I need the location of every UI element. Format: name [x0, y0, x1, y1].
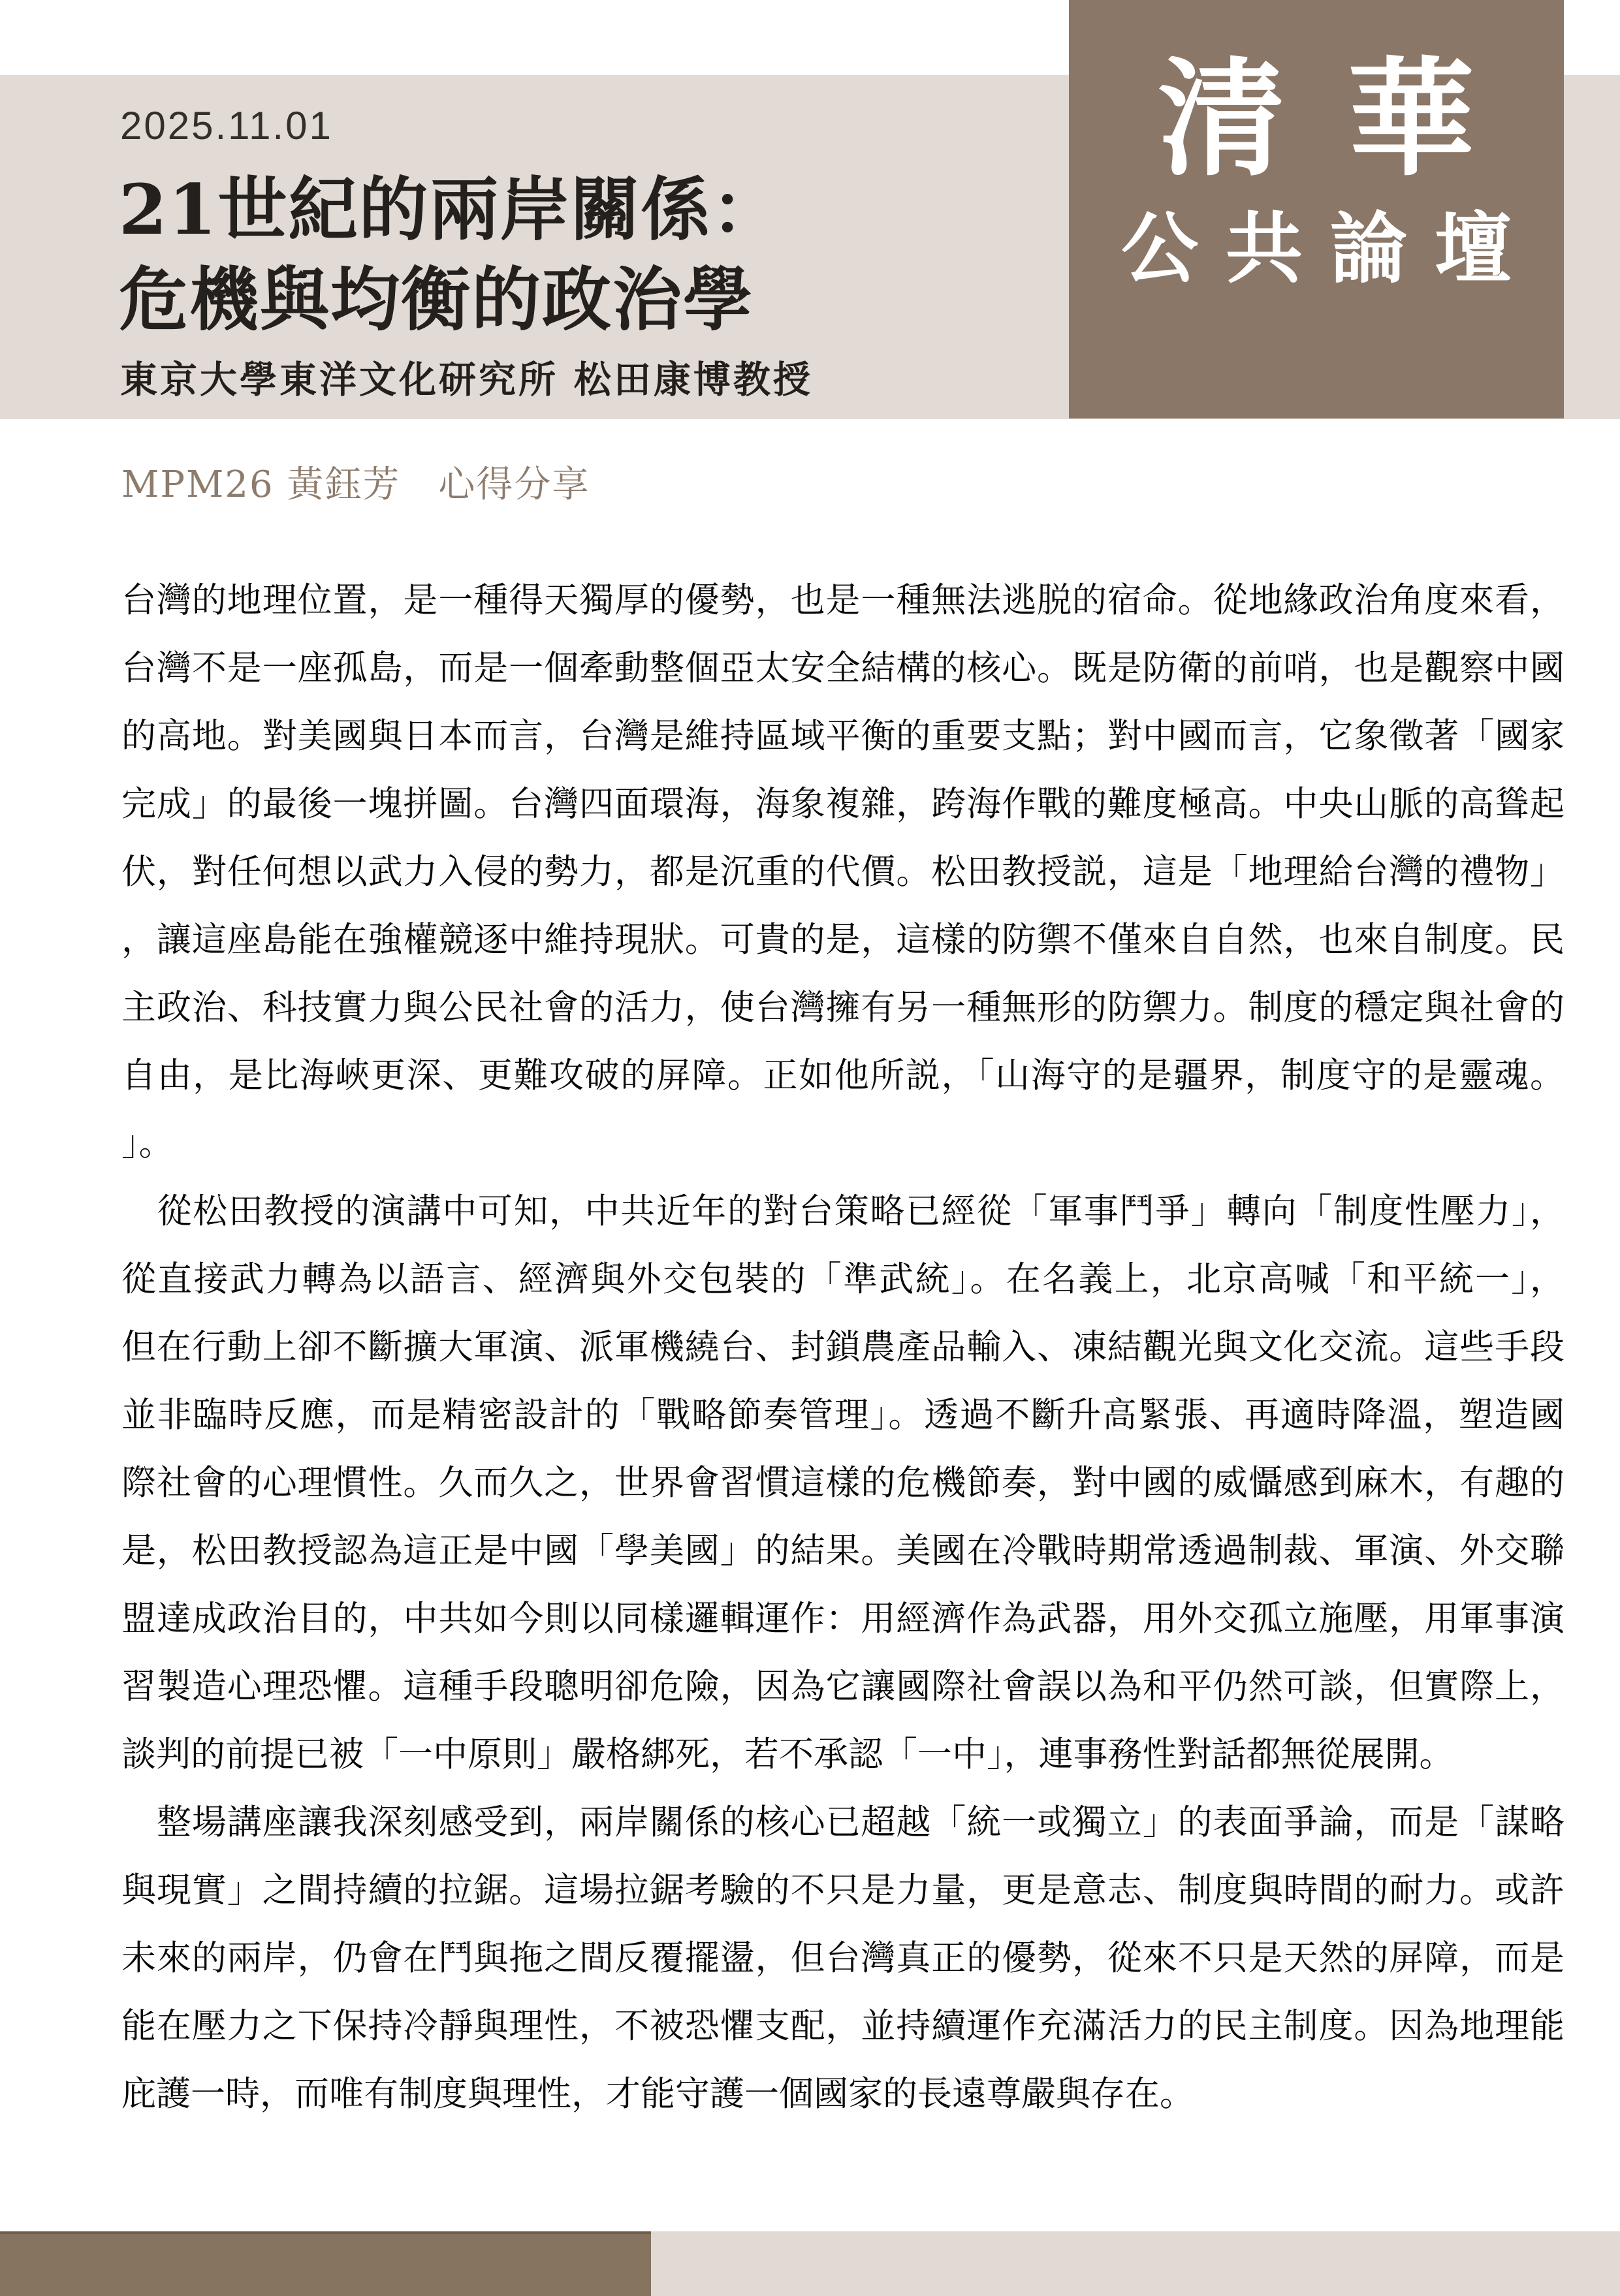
forum-logo-line1: 清華 [1069, 39, 1564, 198]
body-line: 從松田教授的演講中可知，中共近年的對台策略已經從「軍事鬥爭」轉向「制度性壓力」， [121, 1178, 1564, 1246]
body-line: 盟達成政治目的，中共如今則以同樣邏輯運作：用經濟作為武器，用外交孤立施壓，用軍事… [121, 1585, 1564, 1653]
date-text: 2025.11.01 [120, 103, 333, 148]
body-line: 能在壓力之下保持冷靜與理性，不被恐懼支配，並持續運作充滿活力的民主制度。因為地理… [121, 1992, 1564, 2060]
page-title: 21世紀的兩岸關係： 危機與均衡的政治學 [119, 165, 1046, 345]
body-line: 與現實」之間持續的拉鋸。這場拉鋸考驗的不只是力量，更是意志、制度與時間的耐力。或… [121, 1857, 1564, 1925]
body-paragraph: 從松田教授的演講中可知，中共近年的對台策略已經從「軍事鬥爭」轉向「制度性壓力」，… [121, 1178, 1564, 1789]
byline: MPM26 黃鈺芳 心得分享 [121, 456, 590, 508]
page-title-line1: 21世紀的兩岸關係： [119, 165, 1046, 255]
body-line: ，讓這座島能在強權競逐中維持現狀。可貴的是，這樣的防禦不僅來自自然，也來自制度。… [121, 906, 1564, 974]
forum-logo-box: 清華 公共論壇 [1069, 0, 1564, 418]
body-line: 台灣不是一座孤島，而是一個牽動整個亞太安全結構的核心。既是防衛的前哨，也是觀察中… [121, 635, 1564, 702]
body-paragraph: 整場講座讓我深刻感受到，兩岸關係的核心已超越「統一或獨立」的表面爭論，而是「謀略… [121, 1789, 1564, 2128]
body-line: 習製造心理恐懼。這種手段聰明卻危險，因為它讓國際社會誤以為和平仍然可談，但實際上… [121, 1653, 1564, 1721]
body-text: 台灣的地理位置，是一種得天獨厚的優勢，也是一種無法逃脱的宿命。從地緣政治角度來看… [121, 567, 1564, 2128]
footer-left-bar [0, 2231, 651, 2296]
body-line: 完成」的最後一塊拼圖。台灣四面環海，海象複雜，跨海作戰的難度極高。中央山脈的高聳… [121, 770, 1564, 838]
page-title-line2: 危機與均衡的政治學 [119, 255, 1046, 345]
speaker-subtitle: 東京大學東洋文化研究所 松田康博教授 [120, 350, 813, 403]
body-line: 際社會的心理慣性。久而久之，世界會習慣這樣的危機節奏，對中國的威懾感到麻木，有趣… [121, 1449, 1564, 1517]
body-line: 的高地。對美國與日本而言，台灣是維持區域平衡的重要支點；對中國而言，它象徵著「國… [121, 702, 1564, 770]
body-line: 整場講座讓我深刻感受到，兩岸關係的核心已超越「統一或獨立」的表面爭論，而是「謀略 [121, 1789, 1564, 1857]
forum-logo-line2: 公共論壇 [1069, 206, 1564, 291]
body-line: 是，松田教授認為這正是中國「學美國」的結果。美國在冷戰時期常透過制裁、軍演、外交… [121, 1517, 1564, 1585]
body-line: 庇護一時，而唯有制度與理性，才能守護一個國家的長遠尊嚴與存在。 [121, 2060, 1564, 2128]
body-line: 談判的前提已被「一中原則」嚴格綁死，若不承認「一中」，連事務性對話都無從展開。 [121, 1721, 1564, 1789]
body-line: 並非臨時反應，而是精密設計的「戰略節奏管理」。透過不斷升高緊張、再適時降溫，塑造… [121, 1381, 1564, 1449]
body-line: 從直接武力轉為以語言、經濟與外交包裝的「準武統」。在名義上，北京高喊「和平統一」… [121, 1246, 1564, 1313]
body-line: 台灣的地理位置，是一種得天獨厚的優勢，也是一種無法逃脱的宿命。從地緣政治角度來看… [121, 567, 1564, 635]
body-line: 」。 [121, 1110, 1564, 1178]
body-line: 自由，是比海峽更深、更難攻破的屏障。正如他所説，「山海守的是疆界，制度守的是靈魂… [121, 1042, 1564, 1110]
body-line: 主政治、科技實力與公民社會的活力，使台灣擁有另一種無形的防禦力。制度的穩定與社會… [121, 974, 1564, 1042]
body-line: 未來的兩岸，仍會在鬥與拖之間反覆擺盪，但台灣真正的優勢，從來不只是天然的屏障，而… [121, 1925, 1564, 1992]
body-line: 但在行動上卻不斷擴大軍演、派軍機繞台、封鎖農產品輸入、凍結觀光與文化交流。這些手… [121, 1313, 1564, 1381]
body-line: 伏，對任何想以武力入侵的勢力，都是沉重的代價。松田教授説，這是「地理給台灣的禮物… [121, 838, 1564, 906]
body-paragraph: 台灣的地理位置，是一種得天獨厚的優勢，也是一種無法逃脱的宿命。從地緣政治角度來看… [121, 567, 1564, 1178]
document-page: { "header": { "date": "2025.11.01", "tit… [0, 0, 1620, 2296]
footer-right-bar [651, 2231, 1620, 2296]
